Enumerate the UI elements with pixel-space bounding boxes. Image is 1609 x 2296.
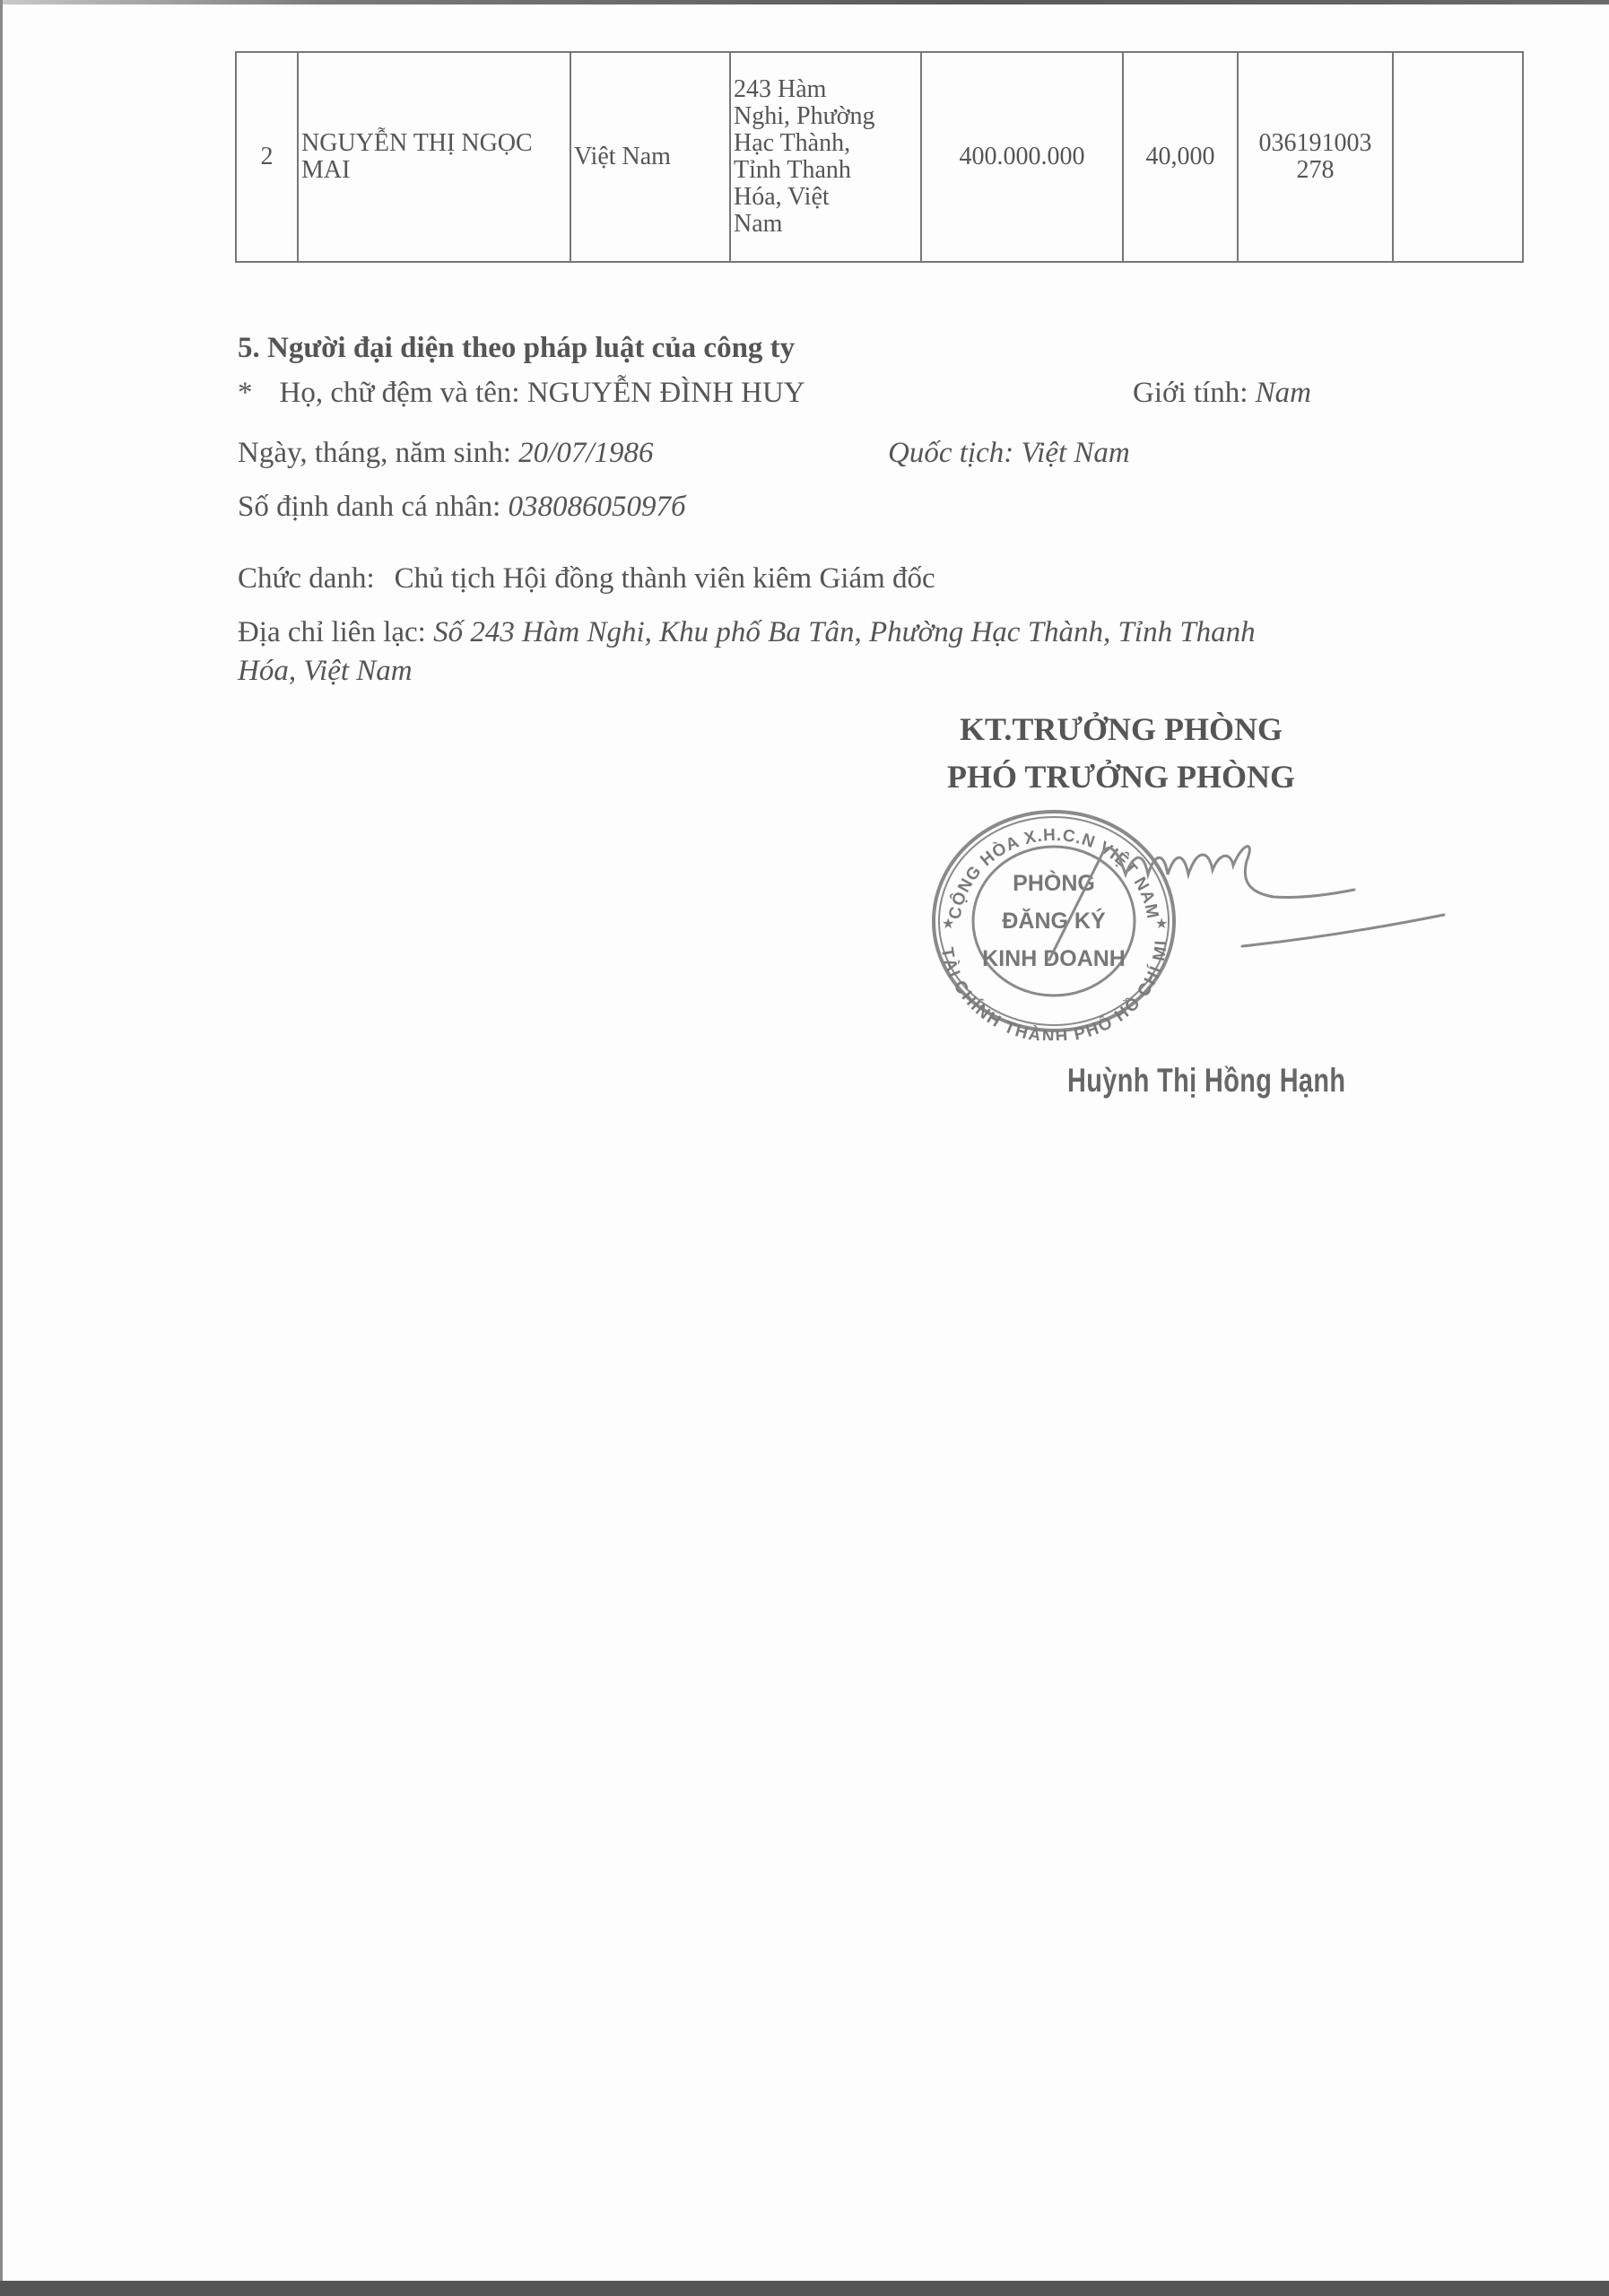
address-value-1: Số 243 Hàm Nghi, Khu phố Ba Tân, Phường … bbox=[433, 616, 1256, 648]
gender-value: Nam bbox=[1256, 377, 1311, 409]
scan-top-edge bbox=[0, 0, 1609, 4]
bullet-asterisk: * bbox=[238, 377, 253, 409]
gender-label: Giới tính: bbox=[1133, 377, 1256, 409]
cell-note bbox=[1393, 52, 1523, 262]
cell-id-number: 036191003 278 bbox=[1238, 52, 1393, 262]
name-label: Họ, chữ đệm và tên: bbox=[280, 377, 527, 409]
signature-title-1: KT.TRƯỞNG PHÒNG bbox=[897, 710, 1345, 748]
gender-line: Giới tính: Nam bbox=[1133, 376, 1311, 410]
address-label: Địa chỉ liên lạc: bbox=[238, 616, 433, 648]
name-value: NGUYỄN ĐÌNH HUY bbox=[527, 377, 805, 409]
table-row: 2 NGUYỄN THỊ NGỌC MAI Việt Nam 243 Hàm N… bbox=[236, 52, 1523, 262]
scan-left-edge bbox=[0, 0, 3, 2296]
dob-value: 20/07/1986 bbox=[518, 437, 653, 469]
address-line-2: Hóa, Việt Nam bbox=[238, 654, 413, 688]
dob-line: Ngày, tháng, năm sinh: 20/07/1986 bbox=[238, 436, 654, 470]
title-value: Chủ tịch Hội đồng thành viên kiêm Giám đ… bbox=[395, 562, 935, 595]
title-label: Chức danh: bbox=[238, 562, 375, 595]
cell-nationality: Việt Nam bbox=[570, 52, 730, 262]
handwritten-signature-icon bbox=[978, 825, 1471, 987]
scan-bottom-edge bbox=[0, 2281, 1609, 2296]
id-value: 03808605097б bbox=[509, 491, 686, 523]
id-label: Số định danh cá nhân: bbox=[238, 491, 509, 523]
dob-label: Ngày, tháng, năm sinh: bbox=[238, 437, 518, 469]
section5-heading: 5. Người đại diện theo pháp luật của côn… bbox=[238, 331, 795, 365]
nationality-text: Quốc tịch: Việt Nam bbox=[888, 436, 1130, 470]
cell-address: 243 Hàm Nghi, Phường Hạc Thành, Tỉnh Tha… bbox=[730, 52, 921, 262]
svg-text:★: ★ bbox=[942, 917, 954, 932]
cell-name: NGUYỄN THỊ NGỌC MAI bbox=[298, 52, 570, 262]
cell-capital: 400.000.000 bbox=[921, 52, 1123, 262]
title-line: Chức danh:Chủ tịch Hội đồng thành viên k… bbox=[238, 561, 935, 596]
rep-name-line: *Họ, chữ đệm và tên: NGUYỄN ĐÌNH HUY bbox=[238, 376, 805, 410]
id-line: Số định danh cá nhân: 03808605097б bbox=[238, 490, 686, 524]
address-line-1: Địa chỉ liên lạc: Số 243 Hàm Nghi, Khu p… bbox=[238, 615, 1256, 649]
owners-table: 2 NGUYỄN THỊ NGỌC MAI Việt Nam 243 Hàm N… bbox=[235, 51, 1524, 263]
cell-no: 2 bbox=[236, 52, 298, 262]
cell-percent: 40,000 bbox=[1123, 52, 1238, 262]
signature-title-2: PHÓ TRƯỞNG PHÒNG bbox=[897, 758, 1345, 796]
signer-name: Huỳnh Thị Hồng Hạnh bbox=[1067, 1062, 1345, 1100]
